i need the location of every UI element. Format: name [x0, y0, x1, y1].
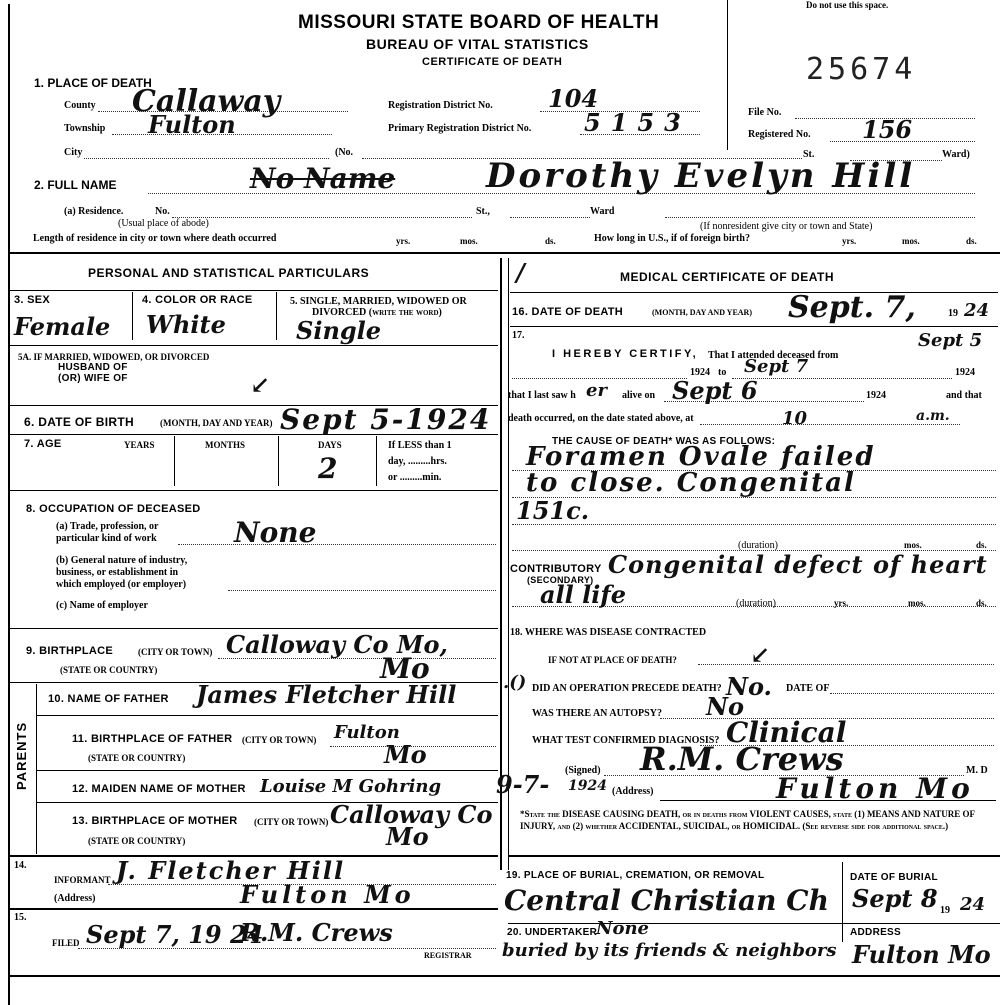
- signed-date-value[interactable]: 9-7-: [496, 770, 549, 799]
- registration-district-label: Registration District No.: [388, 100, 493, 111]
- father-state-value[interactable]: Mo: [384, 740, 427, 769]
- undertaker-label: 20. UNDERTAKER: [507, 927, 597, 938]
- age-days-value[interactable]: 2: [318, 452, 337, 485]
- burial-year-prefix: 19: [940, 905, 950, 916]
- age-months-divider: [278, 436, 279, 486]
- signed-year-value[interactable]: 1924: [568, 778, 607, 794]
- form-subtitle: BUREAU OF VITAL STATISTICS: [366, 36, 589, 52]
- full-name-struck-value: No Name: [250, 162, 395, 195]
- birthplace-sub-label: (CITY OR TOWN): [138, 647, 212, 657]
- medical-footnote: *State the DISEASE CAUSING DEATH, or in …: [520, 808, 980, 832]
- occupation-a-line: [178, 544, 496, 545]
- attended-from-value[interactable]: Sept 5: [918, 330, 982, 351]
- occupation-label: 8. OCCUPATION OF DECEASED: [26, 503, 201, 515]
- residence-label: (a) Residence.: [64, 206, 123, 217]
- dod-rule: [510, 326, 998, 327]
- alive-year: 1924: [866, 390, 886, 401]
- father-name-value[interactable]: James Fletcher Hill: [196, 680, 456, 709]
- mother-name-value[interactable]: Louise M Gohring: [260, 776, 441, 797]
- burial-place-label: 19. PLACE OF BURIAL, CREMATION, OR REMOV…: [506, 870, 764, 881]
- dob-sub-label: (MONTH, DAY AND YEAR): [160, 418, 273, 428]
- informant-bottom-rule: [8, 908, 498, 910]
- certify-label: I HEREBY CERTIFY,: [552, 348, 698, 360]
- race-label: 4. COLOR OR RACE: [142, 294, 253, 306]
- father-rule: [36, 715, 498, 716]
- burial-place-value[interactable]: Central Christian Ch: [504, 884, 829, 917]
- burial-date-label: DATE OF BURIAL: [850, 872, 938, 883]
- residence-ward-label: Ward: [590, 206, 614, 217]
- if-not-at-place-label: IF NOT AT PLACE OF DEATH?: [548, 655, 677, 665]
- death-time-value[interactable]: 10: [782, 408, 807, 429]
- address-label: (Address): [612, 786, 653, 797]
- occupation-a-label-2: particular kind of work: [56, 533, 157, 544]
- signed-label: (Signed): [565, 765, 601, 776]
- mother-state-label: (STATE OR COUNTRY): [88, 836, 185, 846]
- where-contracted-field[interactable]: [698, 664, 994, 665]
- residence-street-label: St.,: [476, 206, 490, 217]
- registered-no-value[interactable]: 156: [862, 115, 912, 144]
- where-contracted-dash: ↙: [750, 640, 770, 669]
- alive-on-label: alive on: [622, 390, 655, 401]
- race-marital-divider: [276, 292, 277, 340]
- parents-side-label: PARENTS: [14, 722, 29, 790]
- nonresident-note: (If nonresident give city or town and St…: [700, 221, 872, 232]
- last-saw-pronoun[interactable]: er: [586, 380, 607, 401]
- father-birthplace-rule: [36, 770, 498, 771]
- city-label: City: [64, 147, 82, 158]
- contributory-value-2[interactable]: all life: [540, 580, 626, 609]
- mother-state-value[interactable]: Mo: [386, 822, 429, 851]
- age-days-divider: [376, 436, 377, 486]
- undertaker-value[interactable]: None: [596, 918, 649, 939]
- residence-city-field[interactable]: [665, 217, 975, 218]
- cert-number: 17.: [512, 330, 525, 341]
- autopsy-label: WAS THERE AN AUTOPSY?: [532, 708, 662, 719]
- operation-label: DID AN OPERATION PRECEDE DEATH?: [532, 683, 722, 694]
- mother-birthplace-sub-label: (CITY OR TOWN): [254, 817, 328, 827]
- residence-ds-label: ds.: [545, 236, 556, 246]
- full-name-label: 2. FULL NAME: [34, 178, 116, 192]
- mother-name-label: 12. MAIDEN NAME OF MOTHER: [72, 783, 246, 795]
- city-field[interactable]: [84, 158, 329, 159]
- burial-place-rule: [508, 923, 1000, 924]
- attended-from-line: [512, 378, 687, 379]
- address-value[interactable]: Fulton Mo: [776, 772, 974, 805]
- header-divider: [727, 0, 728, 150]
- to-year: 1924: [955, 367, 975, 378]
- dod-year[interactable]: 24: [964, 300, 989, 321]
- row-rule-5: [10, 628, 498, 629]
- less-than-day-hrs: day, .........hrs.: [388, 456, 447, 467]
- race-value[interactable]: White: [146, 310, 226, 339]
- burial-divider: [842, 862, 843, 942]
- mother-birthplace-label: 13. BIRTHPLACE OF MOTHER: [72, 815, 238, 827]
- township-label: Township: [64, 123, 105, 134]
- age-years-label: YEARS: [124, 440, 155, 450]
- dob-label: 6. DATE OF BIRTH: [24, 415, 134, 429]
- ward-label: Ward): [942, 149, 970, 160]
- full-name-value[interactable]: Dorothy Evelyn Hill: [486, 156, 915, 196]
- age-years-divider: [174, 436, 175, 486]
- operation-date-field[interactable]: [830, 693, 994, 694]
- occupation-a-label: (a) Trade, profession, or: [56, 521, 159, 532]
- spouse-label-wife: (OR) WIFE OF: [58, 373, 128, 384]
- burial-date-value[interactable]: Sept 8: [852, 884, 938, 913]
- footnote-rule: [508, 855, 1000, 857]
- filed-label: FILED: [52, 938, 80, 948]
- occupation-b-label: (b) General nature of industry,: [56, 555, 187, 566]
- spouse-label: 5A. IF MARRIED, WIDOWED, OR DIVORCED: [18, 352, 209, 362]
- residence-street-field[interactable]: [172, 217, 472, 218]
- contributory-duration-label: (duration): [736, 598, 776, 609]
- occupation-b-label-2: business, or establishment in: [56, 567, 178, 578]
- medical-section-title: MEDICAL CERTIFICATE OF DEATH: [620, 270, 834, 284]
- less-than-day-min: or .........min.: [388, 472, 441, 483]
- spouse-label-husband: HUSBAND OF: [58, 362, 128, 373]
- residence-yrs-label: yrs.: [396, 236, 410, 246]
- residence-sub-label: (Usual place of abode): [118, 218, 209, 229]
- informant-address-value[interactable]: Fulton Mo: [240, 880, 415, 909]
- form-title: MISSOURI STATE BOARD OF HEALTH: [298, 12, 659, 34]
- marital-status-value[interactable]: Single: [296, 316, 381, 345]
- foreign-yrs-label: yrs.: [842, 236, 856, 246]
- length-of-residence-label: Length of residence in city or town wher…: [33, 233, 276, 244]
- last-saw-label: that I last saw h: [508, 390, 576, 401]
- undertaker-note[interactable]: buried by its friends & neighbors: [502, 940, 842, 962]
- age-days-label: DAYS: [318, 440, 342, 450]
- dod-year-prefix: 19: [948, 308, 958, 319]
- occupation-c-label: (c) Name of employer: [56, 600, 148, 611]
- foreign-birth-label: How long in U.S., if of foreign birth?: [594, 233, 750, 244]
- contributory-yrs-label: yrs.: [834, 598, 848, 608]
- operation-date-label: DATE OF: [786, 683, 829, 694]
- age-label: 7. AGE: [24, 438, 61, 450]
- contributory-ds-label: ds.: [976, 598, 987, 608]
- death-ampm-value[interactable]: a.m.: [916, 408, 950, 424]
- row-rule-4: [10, 490, 498, 491]
- occupation-a-value[interactable]: None: [234, 516, 316, 549]
- occupation-b-field[interactable]: [228, 590, 496, 591]
- father-birthplace-sub-label: (CITY OR TOWN): [242, 735, 316, 745]
- death-occurred-label: death occurred, on the date stated above…: [508, 413, 694, 424]
- death-time-line: [700, 424, 960, 425]
- father-name-label: 10. NAME OF FATHER: [48, 693, 169, 705]
- father-birthplace-label: 11. BIRTHPLACE OF FATHER: [72, 733, 232, 745]
- dod-sub-label: (MONTH, DAY AND YEAR): [652, 308, 752, 317]
- registrar-label: REGISTRAR: [424, 951, 472, 960]
- medical-title-rule: [510, 292, 998, 293]
- cause-value-2[interactable]: to close. Congenital: [526, 468, 856, 498]
- operation-margin-mark: .(): [503, 672, 526, 693]
- alive-on-value[interactable]: Sept 6: [672, 376, 758, 405]
- undertaker-address-label: ADDRESS: [850, 927, 901, 938]
- certificate-stamp-number: 25674: [806, 52, 916, 87]
- cause-mos-label: mos.: [904, 540, 922, 550]
- contributory-value[interactable]: Congenital defect of heart: [608, 550, 988, 579]
- residence-mos-label: mos.: [460, 236, 478, 246]
- sex-value[interactable]: Female: [14, 312, 110, 341]
- birthplace-label: 9. BIRTHPLACE: [26, 645, 113, 657]
- father-state-label: (STATE OR COUNTRY): [88, 753, 185, 763]
- age-months-label: MONTHS: [205, 440, 245, 450]
- attended-to-line: [732, 378, 952, 379]
- header-bottom-rule: [8, 252, 1000, 254]
- undertaker-address-value[interactable]: Fulton Mo: [852, 940, 991, 969]
- registered-no-label: Registered No.: [748, 129, 811, 140]
- sex-label: 3. SEX: [14, 294, 50, 306]
- informant-address-label: (Address): [54, 893, 95, 904]
- foreign-ds-label: ds.: [966, 236, 977, 246]
- dod-label: 16. DATE OF DEATH: [512, 306, 623, 318]
- and-that-label: and that: [946, 390, 982, 401]
- contributory-mos-label: mos.: [908, 598, 926, 608]
- informant-label: INFORMANT: [54, 875, 111, 885]
- bottom-rule: [8, 975, 1000, 977]
- residence-no-label: No.: [155, 206, 170, 217]
- file-no-label: File No.: [748, 107, 781, 118]
- row-rule-1: [10, 345, 498, 346]
- personal-section-title: PERSONAL AND STATISTICAL PARTICULARS: [88, 266, 369, 280]
- filed-number: 15.: [14, 912, 27, 923]
- filed-date-value[interactable]: Sept 7, 19 24: [86, 920, 263, 949]
- parents-side-divider: [36, 684, 37, 854]
- occupation-b-label-3: which employed (or employer): [56, 579, 186, 590]
- foreign-mos-label: mos.: [902, 236, 920, 246]
- residence-ward-field[interactable]: [510, 217, 590, 218]
- county-label: County: [64, 100, 96, 111]
- personal-title-rule: [10, 290, 498, 291]
- dob-value[interactable]: Sept 5-1924: [280, 403, 491, 436]
- burial-year[interactable]: 24: [960, 894, 985, 915]
- cause-value-3[interactable]: 151c.: [516, 496, 589, 525]
- do-not-use-note: Do not use this space.: [806, 0, 888, 10]
- medical-margin-mark: /: [516, 258, 525, 287]
- sex-race-divider: [132, 292, 133, 340]
- spouse-value-dash[interactable]: ↙: [250, 370, 270, 399]
- less-than-day-label: If LESS than 1: [388, 440, 452, 451]
- cause-ds-label: ds.: [976, 540, 987, 550]
- contributory-label: CONTRIBUTORY: [510, 563, 602, 575]
- primary-registration-district-label: Primary Registration District No.: [388, 123, 531, 134]
- where-contracted-label: 18. WHERE WAS DISEASE CONTRACTED: [510, 627, 706, 638]
- street-no-label: (No.: [335, 147, 353, 158]
- attended-to-value[interactable]: Sept 7: [744, 356, 808, 377]
- informant-number: 14.: [14, 860, 27, 871]
- dod-value[interactable]: Sept. 7,: [788, 290, 916, 325]
- primary-registration-district-value[interactable]: 5153: [584, 108, 691, 137]
- filed-registrar-value[interactable]: R.M. Crews: [240, 918, 393, 947]
- birthplace-state-label: (STATE OR COUNTRY): [60, 665, 157, 675]
- marital-status-label: 5. SINGLE, MARRIED, WIDOWED OR: [290, 296, 467, 307]
- row-rule-3: [10, 434, 498, 435]
- form-type: CERTIFICATE OF DEATH: [422, 56, 562, 68]
- township-value[interactable]: Fulton: [148, 110, 236, 139]
